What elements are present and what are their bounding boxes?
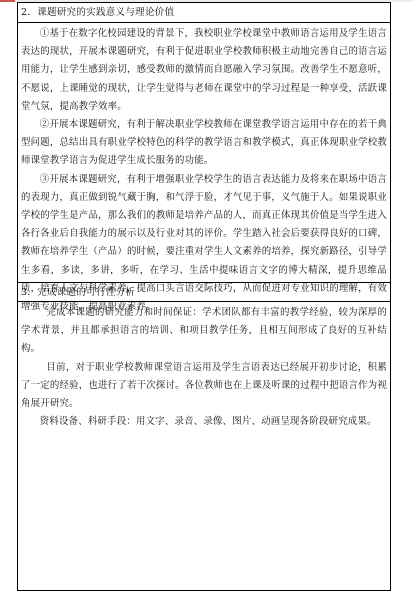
section-body-feasibility: 完成本课题的研究能力和时间保证：学术团队都有丰富的教学经验，较为深厚的学术背景，… — [18, 302, 390, 590]
section-heading-practical-significance: 2．课题研究的实践意义与理论价值 — [18, 3, 390, 23]
document-table: 2．课题研究的实践意义与理论价值 ①基于在数字化校园建设的背景下，我校职业学校课… — [17, 2, 391, 591]
paragraph-current-progress: 目前，对于职业学校教师课堂语言运用及学生言语表达已经展开初步讨论，积累了一定的经… — [21, 359, 387, 414]
paragraph-point-2: ②开展本课题研究，有利于解决职业学校教师在课堂教学语言运用中存在的若干典型问题，… — [21, 116, 387, 171]
paragraph-resources-methods: 资料设备、科研手段：用文字、录音、录像、图片、动画呈现各阶段研究成果。 — [21, 413, 387, 431]
paragraph-research-capability: 完成本课题的研究能力和时间保证：学术团队都有丰富的教学经验，较为深厚的学术背景，… — [21, 304, 387, 359]
section-heading-feasibility: 3．完成课题的可行性分析 — [18, 282, 390, 302]
paragraph-point-1: ①基于在数字化校园建设的背景下，我校职业学校课堂中教师语言运用及学生语言表达的现… — [21, 25, 387, 116]
page-accent-mark — [0, 0, 15, 2]
section-body-practical-significance: ①基于在数字化校园建设的背景下，我校职业学校课堂中教师语言运用及学生语言表达的现… — [18, 23, 390, 285]
